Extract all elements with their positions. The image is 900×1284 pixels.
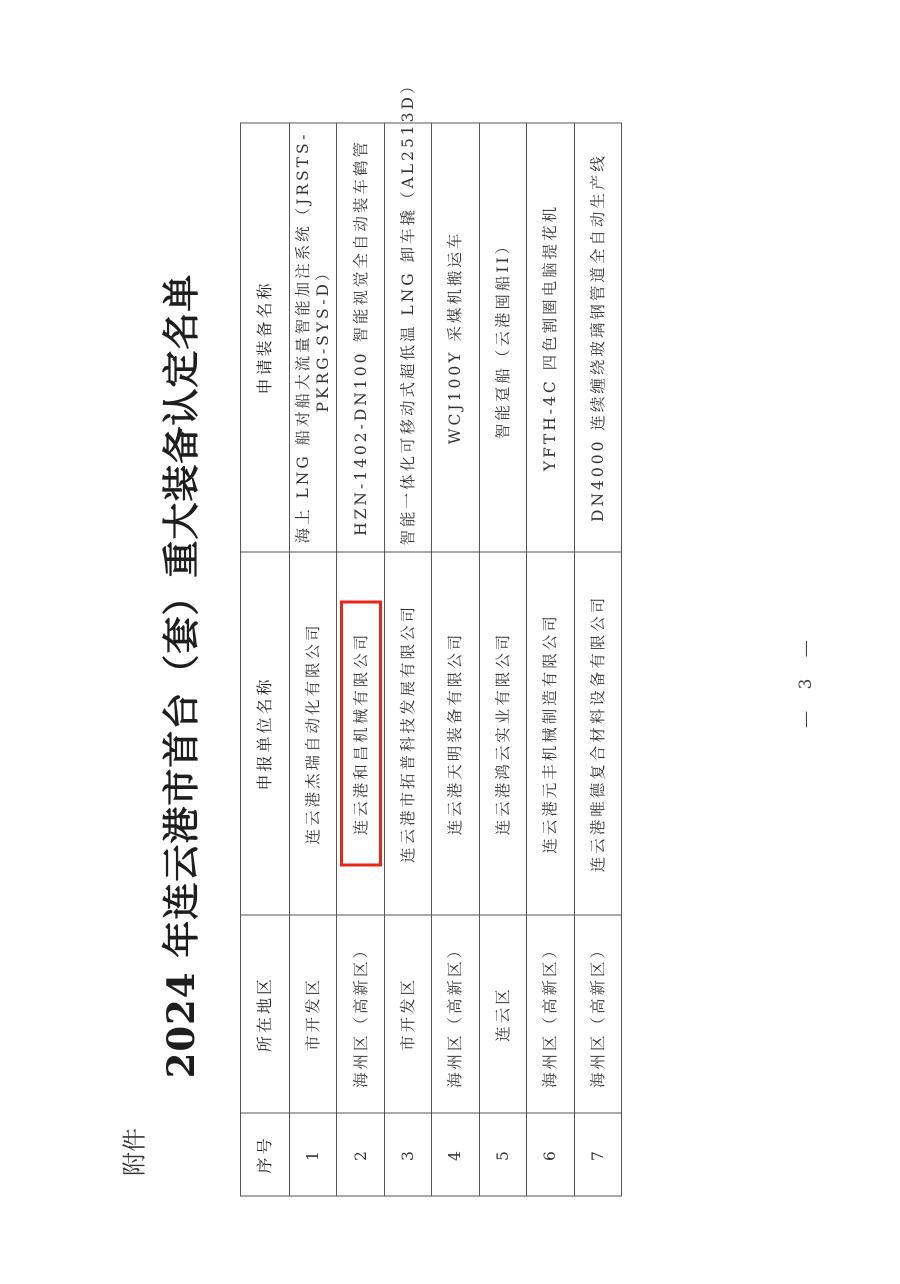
equipment-cell-text: WCJ100Y 采煤机搬运车	[446, 231, 464, 445]
company-cell: 连云港唯德复合材料设备有限公司	[574, 552, 621, 915]
region-cell-text: 海州区（高新区）	[352, 940, 370, 1088]
region-cell: 海州区（高新区）	[337, 915, 384, 1113]
company-cell: 连云港市拓普科技发展有限公司	[384, 552, 431, 915]
region-cell-text: 连云区	[494, 986, 512, 1042]
seq-cell-text: 1	[304, 1148, 322, 1161]
company-cell-text: 连云港市拓普科技发展有限公司	[399, 604, 417, 863]
company-cell: 连云港鸿云实业有限公司	[479, 552, 526, 915]
region-cell: 连云区	[479, 915, 526, 1113]
attachment-label: 附件	[115, 1128, 150, 1176]
equipment-cell: 智能趸船（云港囤船II）	[479, 123, 526, 552]
equipment-cell: WCJ100Y 采煤机搬运车	[432, 123, 479, 552]
table-row: 7海州区（高新区）连云港唯德复合材料设备有限公司DN4000 连续缠绕玻璃钢管道…	[574, 123, 621, 1196]
page-number: — 3 —	[796, 632, 816, 728]
equipment-cell: 海上 LNG 船对船大流量智能加注系统（JRSTS-PKRG-SYS-D）	[290, 123, 337, 552]
seq-cell-text: 3	[399, 1148, 417, 1161]
company-cell-text: 连云港杰瑞自动化有限公司	[304, 623, 322, 845]
header-company: 申报单位名称	[241, 552, 290, 915]
company-cell-text: 连云港鸿云实业有限公司	[494, 632, 512, 836]
seq-cell: 3	[384, 1113, 431, 1196]
company-cell-text: 连云港唯德复合材料设备有限公司	[589, 595, 607, 873]
document-title: 2024 年连云港市首台（套）重大装备认定名单	[151, 274, 205, 1079]
header-seq: 序号	[241, 1113, 290, 1196]
table-row: 6海州区（高新区）连云港元丰机械制造有限公司YFTH-4C 四色割圈电脑提花机	[527, 123, 574, 1196]
equipment-cell-text: 智能趸船（云港囤船II）	[494, 236, 512, 439]
seq-cell-text: 4	[446, 1148, 464, 1161]
table-header-row: 序号 所在地区 申报单位名称 申请装备名称	[241, 123, 290, 1196]
table-row: 3市开发区连云港市拓普科技发展有限公司智能一体化可移动式超低温 LNG 卸车撬（…	[384, 123, 431, 1196]
equipment-cell: YFTH-4C 四色割圈电脑提花机	[527, 123, 574, 552]
region-cell: 市开发区	[384, 915, 431, 1113]
equipment-cell: 智能一体化可移动式超低温 LNG 卸车撬（AL2513D）	[384, 123, 431, 552]
equipment-cell-text: 智能一体化可移动式超低温 LNG 卸车撬（AL2513D）	[399, 76, 417, 546]
header-region: 所在地区	[241, 915, 290, 1113]
region-cell-text: 市开发区	[399, 977, 417, 1051]
equipment-cell-text: HZN-1402-DN100 智能视觉全自动装车鹤管	[352, 139, 370, 536]
company-cell: 连云港和昌机械有限公司	[337, 552, 384, 915]
region-cell: 海州区（高新区）	[527, 915, 574, 1113]
equipment-cell-text: 海上 LNG 船对船大流量智能加注系统（JRSTS-PKRG-SYS-D）	[294, 132, 332, 544]
table-row: 4海州区（高新区）连云港天明装备有限公司WCJ100Y 采煤机搬运车	[432, 123, 479, 1196]
highlighted-company-box: 连云港和昌机械有限公司	[340, 601, 382, 867]
table-row: 2海州区（高新区）连云港和昌机械有限公司HZN-1402-DN100 智能视觉全…	[337, 123, 384, 1196]
region-cell: 海州区（高新区）	[574, 915, 621, 1113]
equipment-cell: HZN-1402-DN100 智能视觉全自动装车鹤管	[337, 123, 384, 552]
region-cell-text: 海州区（高新区）	[541, 940, 559, 1088]
header-equipment: 申请装备名称	[241, 123, 290, 552]
equipment-list-table: 序号 所在地区 申报单位名称 申请装备名称 1市开发区连云港杰瑞自动化有限公司海…	[240, 124, 622, 1197]
seq-cell: 5	[479, 1113, 526, 1196]
company-cell: 连云港杰瑞自动化有限公司	[290, 552, 337, 915]
company-cell: 连云港元丰机械制造有限公司	[527, 552, 574, 915]
seq-cell-text: 5	[494, 1148, 512, 1161]
seq-cell: 6	[527, 1113, 574, 1196]
seq-cell: 1	[290, 1113, 337, 1196]
region-cell-text: 市开发区	[304, 977, 322, 1051]
table-row: 1市开发区连云港杰瑞自动化有限公司海上 LNG 船对船大流量智能加注系统（JRS…	[290, 123, 337, 1196]
equipment-cell-text: YFTH-4C 四色割圈电脑提花机	[541, 204, 559, 471]
equipment-cell: DN4000 连续缠绕玻璃钢管道全自动生产线	[574, 123, 621, 552]
company-cell-text: 连云港天明装备有限公司	[446, 632, 464, 836]
seq-cell: 2	[337, 1113, 384, 1196]
region-cell-text: 海州区（高新区）	[589, 940, 607, 1088]
company-cell-text: 连云港元丰机械制造有限公司	[541, 613, 559, 854]
equipment-cell-text: DN4000 连续缠绕玻璃钢管道全自动生产线	[589, 153, 607, 522]
region-cell: 市开发区	[290, 915, 337, 1113]
seq-cell-text: 2	[352, 1148, 370, 1161]
company-cell: 连云港天明装备有限公司	[432, 552, 479, 915]
region-cell: 海州区（高新区）	[432, 915, 479, 1113]
seq-cell-text: 6	[541, 1148, 559, 1161]
region-cell-text: 海州区（高新区）	[446, 940, 464, 1088]
seq-cell: 7	[574, 1113, 621, 1196]
table-row: 5连云区连云港鸿云实业有限公司智能趸船（云港囤船II）	[479, 123, 526, 1196]
seq-cell: 4	[432, 1113, 479, 1196]
seq-cell-text: 7	[589, 1148, 607, 1161]
